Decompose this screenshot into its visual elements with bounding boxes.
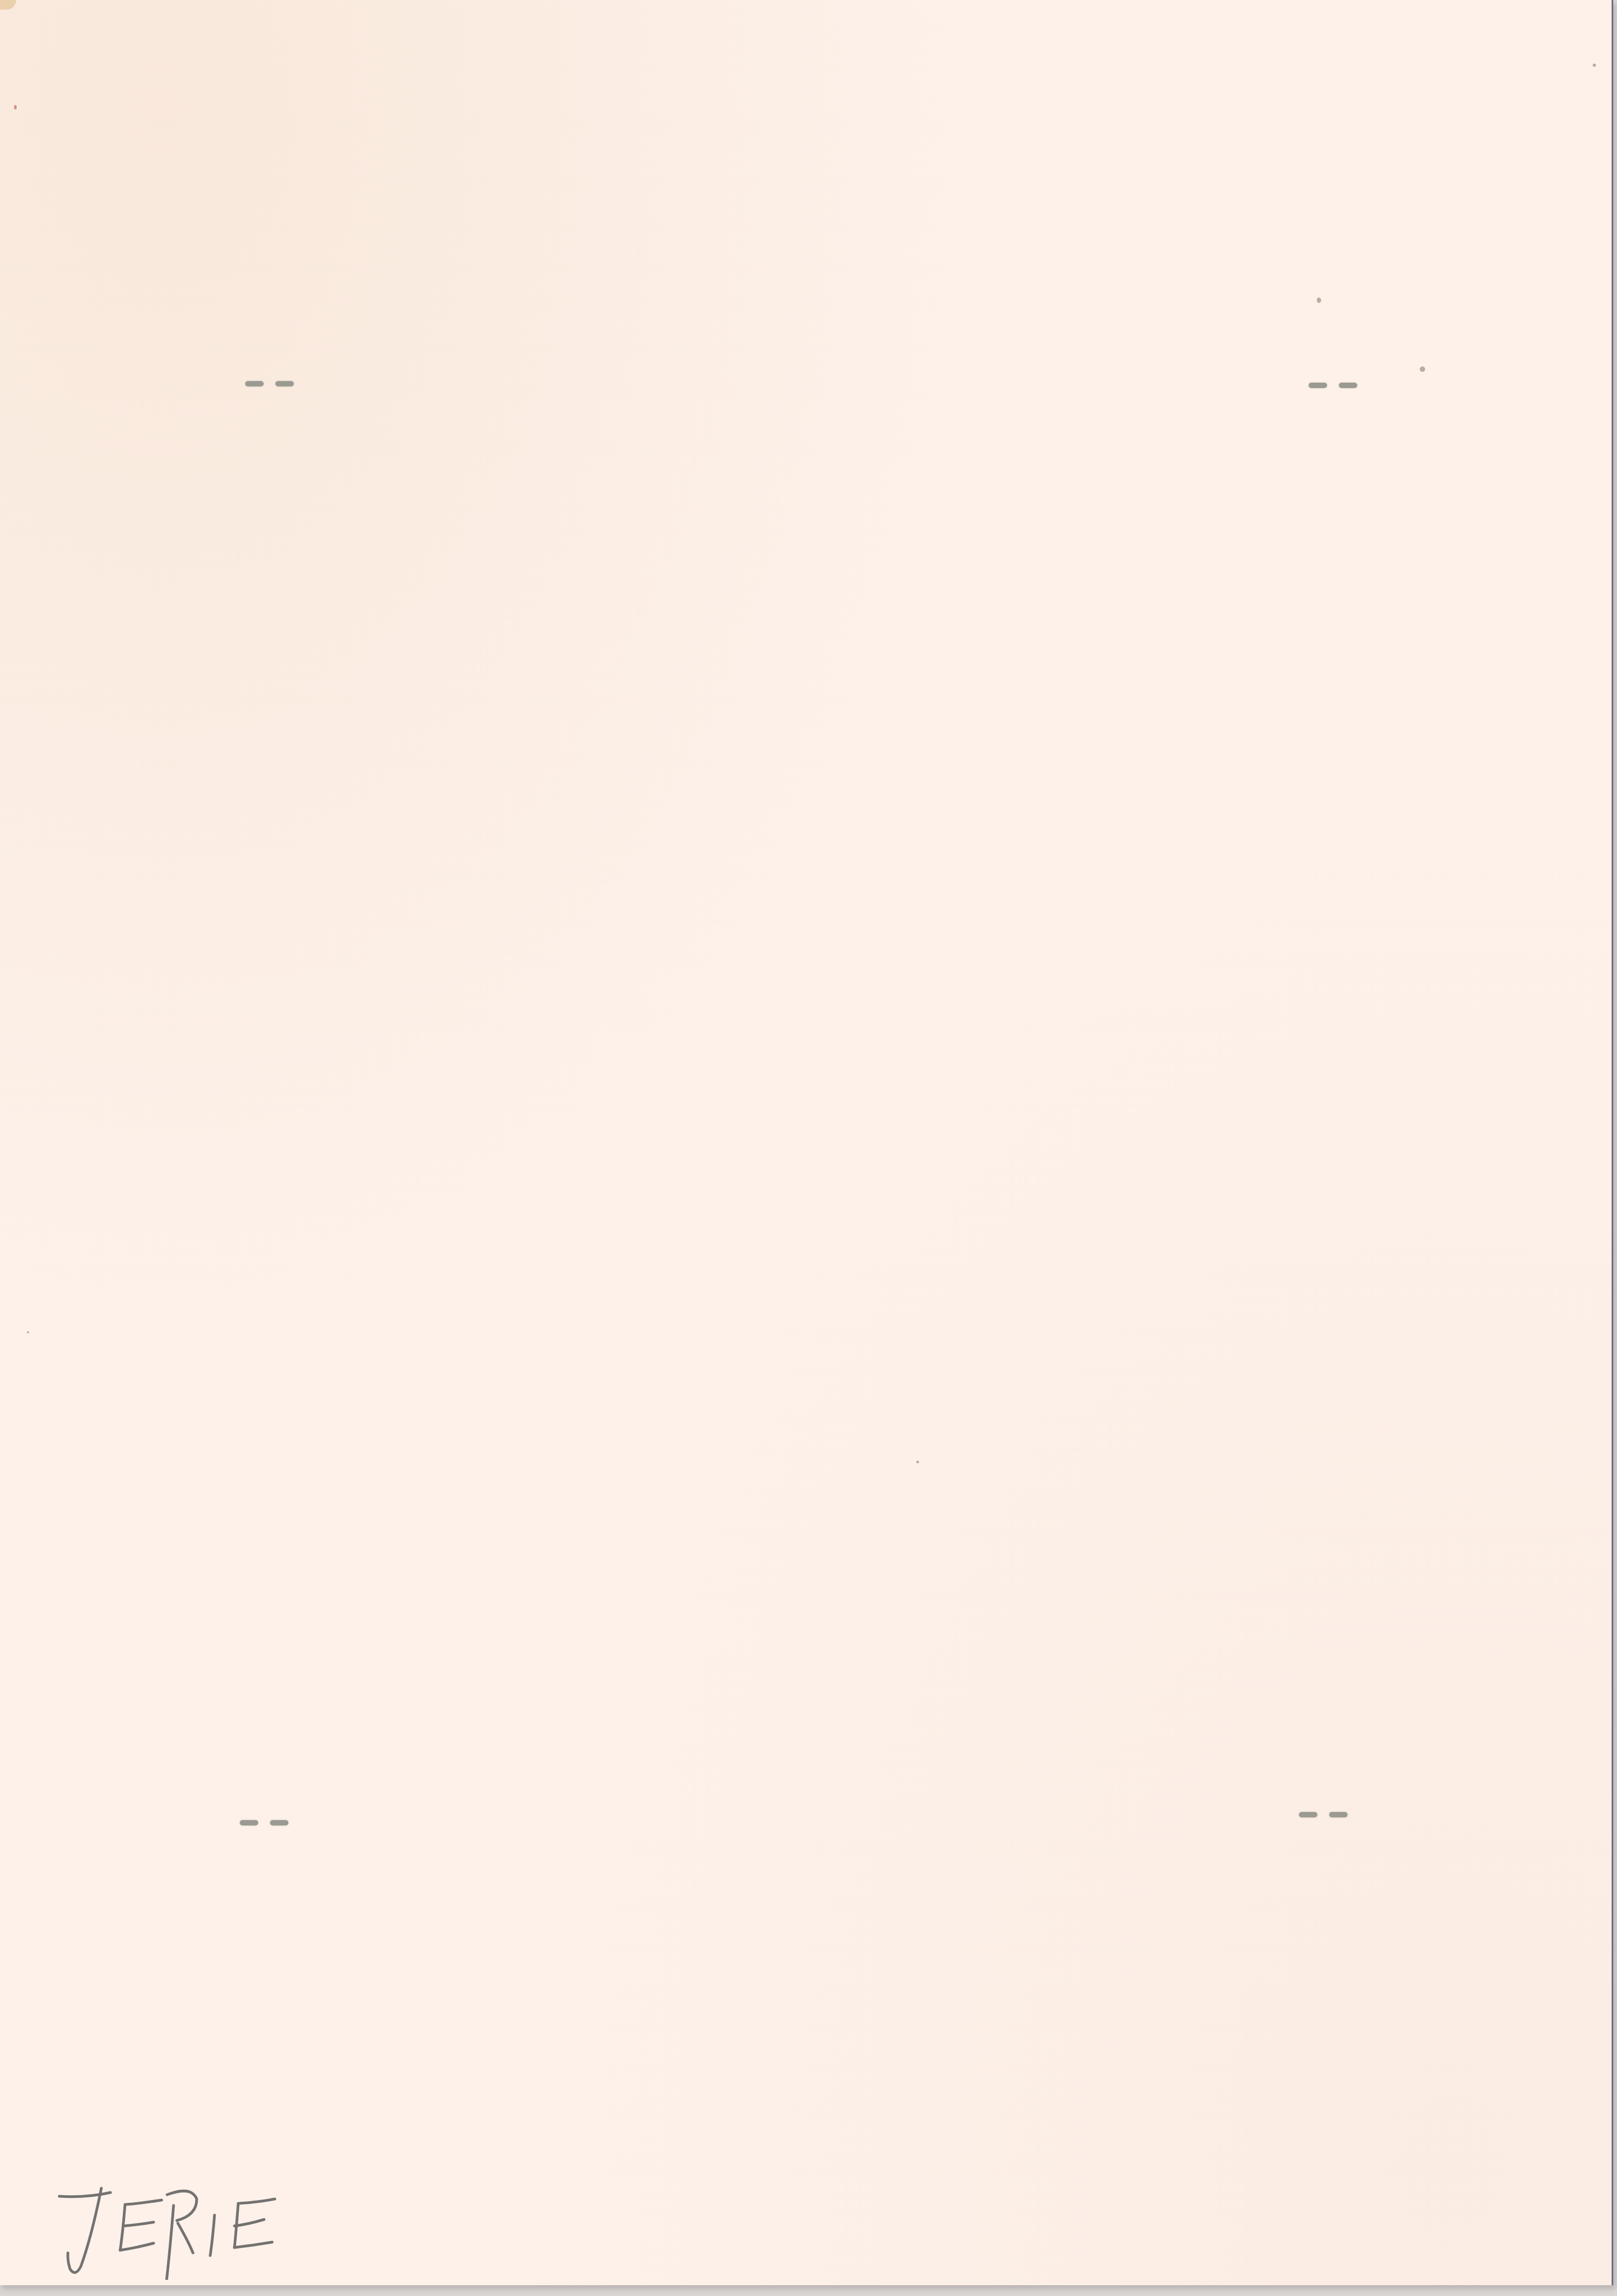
registration-mark-bottom-left [240, 1819, 288, 1827]
dust-speck [1420, 366, 1425, 372]
registration-dash [245, 381, 264, 386]
paper-sheet: JERIE [0, 0, 1613, 2285]
registration-mark-top-left [245, 380, 294, 388]
registration-dash [1299, 1812, 1317, 1817]
registration-dash [1329, 1812, 1347, 1817]
dust-speck [14, 105, 17, 109]
registration-dash [1339, 383, 1357, 388]
corner-stain [0, 0, 16, 10]
registration-mark-bottom-right [1299, 1811, 1347, 1818]
registration-dash [275, 381, 294, 386]
handwritten-signature: JERIE [32, 2172, 410, 2280]
registration-dash [270, 1820, 288, 1825]
registration-mark-top-right [1309, 382, 1357, 389]
registration-dash [240, 1820, 258, 1825]
dust-speck [1317, 298, 1321, 303]
dust-speck [27, 1331, 29, 1333]
dust-speck [1593, 64, 1596, 67]
registration-dash [1309, 383, 1327, 388]
signature-strokes [32, 2172, 410, 2280]
dust-speck [916, 1461, 919, 1463]
